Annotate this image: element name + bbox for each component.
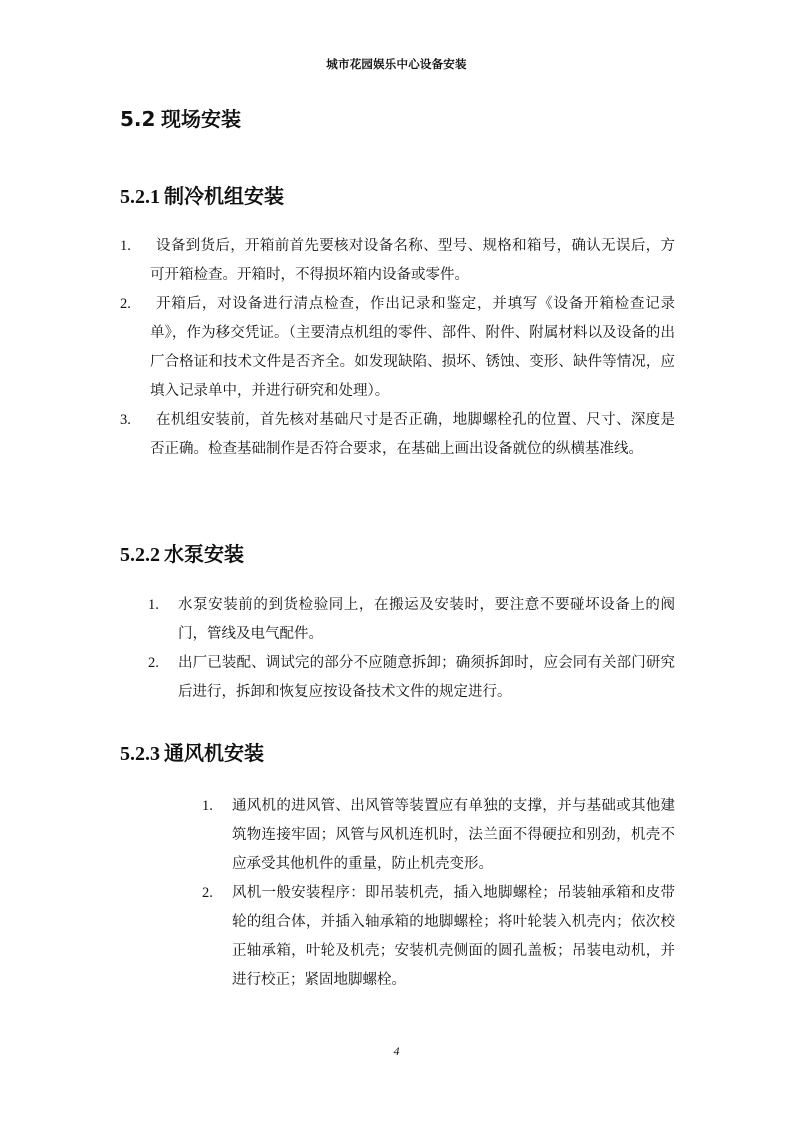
list-item-text: 出厂已装配、调试完的部分不应随意拆卸；确须拆卸时，应会同有关部门研究后进行，拆卸… (178, 649, 675, 707)
list-marker: 2. (120, 290, 131, 319)
subsection-number: 5.2.2 (120, 544, 160, 566)
section-title: 现场安装 (161, 107, 241, 131)
subsection-title: 制冷机组安装 (164, 184, 284, 208)
list-item: 3. 在机组安装前，首先核对基础尺寸是否正确，地脚螺栓孔的位置、尺寸、深度是否正… (120, 406, 675, 464)
subsection-heading-5-2-1: 5.2.1制冷机组安装 (120, 180, 284, 209)
list-item-text: 开箱后，对设备进行清点检查，作出记录和鉴定，并填写《设备开箱检查记录单》，作为移… (150, 290, 675, 406)
list-item: 1. 水泵安装前的到货检验同上，在搬运及安装时，要注意不要碰坏设备上的阀门，管线… (148, 591, 675, 649)
list-marker: 1. (120, 232, 131, 261)
list-marker: 2. (202, 879, 213, 908)
list-item-text: 设备到货后，开箱前首先要核对设备名称、型号、规格和箱号，确认无误后，方可开箱检查… (150, 232, 675, 290)
page-number: 4 (0, 1044, 793, 1059)
subsection-title: 通风机安装 (164, 741, 264, 765)
list-item-text: 通风机的进风管、出风管等装置应有单独的支撑，并与基础或其他建筑物连接牢固；风管与… (232, 792, 675, 879)
list-item-text: 在机组安装前，首先核对基础尺寸是否正确，地脚螺栓孔的位置、尺寸、深度是否正确。检… (150, 406, 675, 464)
list-item: 2. 出厂已装配、调试完的部分不应随意拆卸；确须拆卸时，应会同有关部门研究后进行… (148, 649, 675, 707)
subsection-heading-5-2-2: 5.2.2水泵安装 (120, 538, 244, 567)
list-item: 2. 开箱后，对设备进行清点检查，作出记录和鉴定，并填写《设备开箱检查记录单》，… (120, 290, 675, 406)
list-marker: 2. (148, 649, 159, 678)
subsection-number: 5.2.3 (120, 743, 160, 765)
list-item-text: 风机一般安装程序：即吊装机壳，插入地脚螺栓；吊装轴承箱和皮带轮的组合体，并插入轴… (232, 879, 675, 995)
list-marker: 3. (120, 406, 131, 435)
list-refrigeration: 1. 设备到货后，开箱前首先要核对设备名称、型号、规格和箱号，确认无误后，方可开… (120, 232, 675, 464)
subsection-title: 水泵安装 (164, 542, 244, 566)
section-number: 5.2 (120, 107, 161, 131)
list-marker: 1. (148, 591, 159, 620)
section-heading: 5.2现场安装 (120, 103, 241, 132)
list-item: 1. 设备到货后，开箱前首先要核对设备名称、型号、规格和箱号，确认无误后，方可开… (120, 232, 675, 290)
list-marker: 1. (202, 792, 213, 821)
subsection-number: 5.2.1 (120, 186, 160, 208)
list-item: 1. 通风机的进风管、出风管等装置应有单独的支撑，并与基础或其他建筑物连接牢固；… (202, 792, 675, 879)
list-ventilator: 1. 通风机的进风管、出风管等装置应有单独的支撑，并与基础或其他建筑物连接牢固；… (202, 792, 675, 995)
running-header: 城市花园娱乐中心设备安装 (0, 56, 793, 72)
list-item-text: 水泵安装前的到货检验同上，在搬运及安装时，要注意不要碰坏设备上的阀门，管线及电气… (178, 591, 675, 649)
list-item: 2. 风机一般安装程序：即吊装机壳，插入地脚螺栓；吊装轴承箱和皮带轮的组合体，并… (202, 879, 675, 995)
list-water-pump: 1. 水泵安装前的到货检验同上，在搬运及安装时，要注意不要碰坏设备上的阀门，管线… (148, 591, 675, 707)
subsection-heading-5-2-3: 5.2.3通风机安装 (120, 737, 264, 766)
